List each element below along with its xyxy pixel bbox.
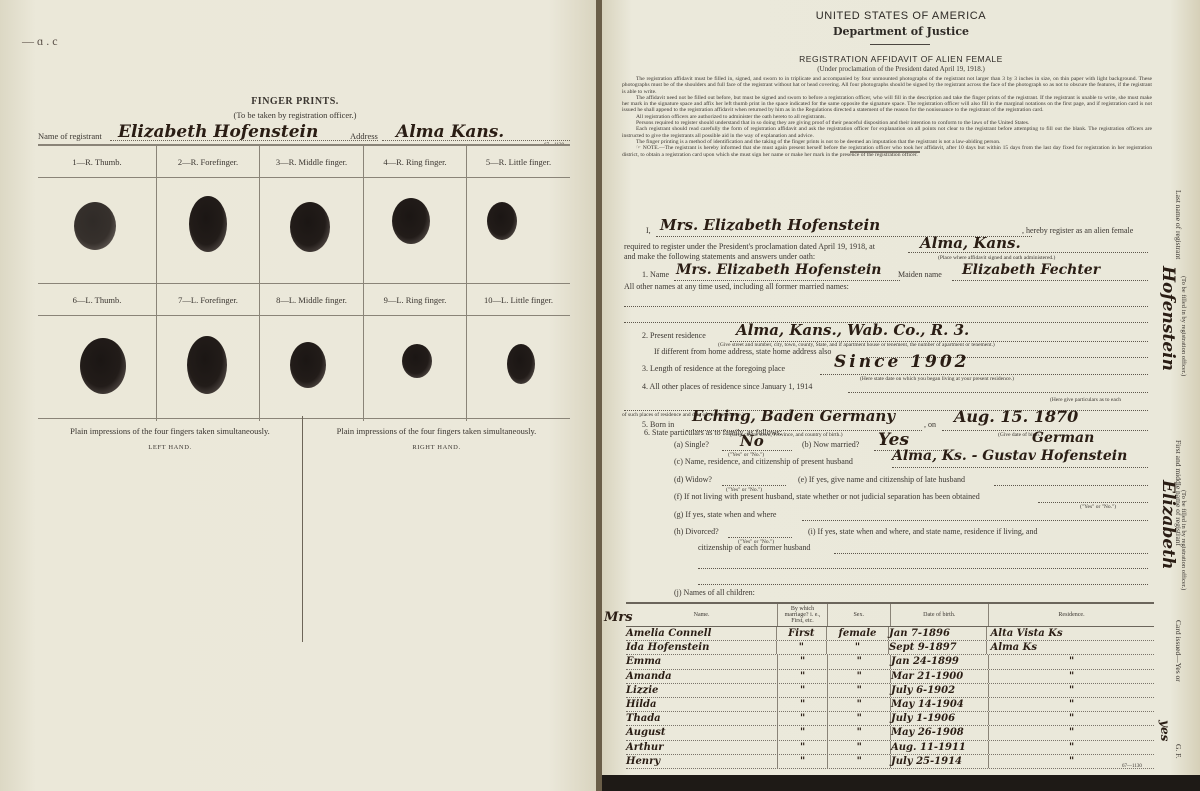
widow-label: (d) Widow? (674, 475, 712, 484)
child-residence: " (988, 741, 1154, 754)
husband-citizenship-note: German (1032, 430, 1094, 446)
instruction-paragraph: The affidavit need not be filled out bef… (622, 95, 1152, 114)
right-hand-plain-impressions: Plain impressions of the four fingers ta… (303, 416, 570, 636)
fingerprint-title: FINGER PRINTS. (230, 96, 360, 107)
husband-value: Alma, Ks. - Gustav Hofenstein (892, 448, 1127, 464)
oath-prefix: I, (646, 226, 651, 235)
oath-line-2: required to register under the President… (624, 242, 875, 251)
instruction-paragraph: Each registrant should read carefully th… (622, 126, 1152, 139)
finger-label: 10—L. Little finger. (466, 284, 570, 315)
left-hand-label: LEFT HAND. (38, 444, 302, 451)
child-dob: July 6-1902 (890, 684, 988, 697)
child-name: Hilda (626, 698, 777, 711)
right-hand-label: RIGHT HAND. (303, 444, 570, 451)
other-names-label: All other names at any time used, includ… (624, 282, 849, 291)
fingerprint-subtitle: (To be taken by registration officer.) (200, 110, 390, 120)
country-heading: UNITED STATES OF AMERICA (602, 10, 1200, 22)
single-value: No (740, 432, 764, 450)
instruction-paragraph: The registration affidavit must be fille… (622, 76, 1152, 95)
left-hand-labels: 6—L. Thumb. 7—L. Forefinger. 8—L. Middle… (38, 284, 570, 315)
col-header-marriage: By which marriage? i. e., First, etc. (777, 604, 827, 626)
right-hand-labels: 1—R. Thumb. 2—R. Forefinger. 3—R. Middle… (38, 146, 570, 177)
left-hand-plain-impressions: Plain impressions of the four fingers ta… (38, 416, 302, 636)
maiden-name-label: Maiden name (898, 270, 942, 279)
late-husband-label: (e) If yes, give name and citizenship of… (798, 475, 965, 484)
fingerprint-r-ring (363, 178, 466, 283)
fingerprint-l-forefinger (156, 316, 259, 421)
child-residence: " (988, 684, 1154, 697)
oath-registrant-name: Mrs. Elizabeth Hofenstein (660, 216, 880, 234)
form-subtitle: (Under proclamation of the President dat… (602, 65, 1200, 73)
children-label: (j) Names of all children: (674, 588, 755, 597)
yes-no-caption: ("Yes" or "No.") (1080, 504, 1116, 510)
last-name-label: Last name of registrant (1174, 190, 1183, 259)
birthplace-value: Eching, Baden Germany (692, 407, 895, 425)
child-marriage: " (777, 755, 828, 768)
card-issued-label: Card issued—Yes or (1174, 620, 1183, 682)
child-marriage: First (776, 627, 826, 640)
child-residence: " (988, 670, 1154, 683)
table-row: Amanda " " Mar 21-1900 " (626, 670, 1154, 684)
table-row: Emma " " Jan 24-1899 " (626, 655, 1154, 669)
finger-label: 7—L. Forefinger. (156, 284, 259, 315)
child-name: Amelia Connell (626, 627, 776, 640)
child-name: Emma (626, 655, 777, 668)
child-dob: July 25-1914 (890, 755, 988, 768)
form-title: REGISTRATION AFFIDAVIT OF ALIEN FEMALE (602, 54, 1200, 64)
child-marriage: " (777, 698, 828, 711)
finger-label: 4—R. Ring finger. (363, 146, 466, 177)
q4-caption-right: (Here give particulars as to each (1050, 397, 1121, 403)
divorced-label: (h) Divorced? (674, 527, 719, 536)
filled-by-note: (To be filled in by registration officer… (1180, 490, 1187, 590)
finger-label: 5—R. Little finger. (466, 146, 570, 177)
birthdate-value: Aug. 15. 1870 (954, 407, 1078, 426)
child-sex: " (827, 698, 890, 711)
length-of-residence-value: Since 1902 (834, 352, 970, 372)
plain-impressions-label: Plain impressions of the four fingers ta… (303, 426, 570, 436)
finger-label: 6—L. Thumb. (38, 284, 156, 315)
child-marriage: " (777, 726, 828, 739)
finger-label: 9—L. Ring finger. (363, 284, 466, 315)
instructions: The registration affidavit must be fille… (622, 76, 1152, 158)
child-dob: Jan 24-1899 (890, 655, 988, 668)
former-husband-label-2: citizenship of each former husband (698, 543, 810, 552)
table-row: Arthur " " Aug. 11-1911 " (626, 741, 1154, 755)
fingerprint-page: — ɑ . c FINGER PRINTS. (To be taken by r… (0, 0, 596, 791)
place-caption: (Place where affidavit signed and oath a… (938, 255, 1055, 261)
child-dob: Jan 7-1896 (888, 627, 986, 640)
child-name: Lizzie (626, 684, 777, 697)
home-address-label: If different from home address, state ho… (654, 347, 831, 356)
table-row: Lizzie " " July 6-1902 " (626, 684, 1154, 698)
fingerprint-l-little (466, 316, 570, 421)
child-marriage: " (777, 655, 828, 668)
q3-label: 3. Length of residence at the foregoing … (642, 364, 785, 373)
child-residence: " (988, 655, 1154, 668)
born-on-label: , on (924, 420, 936, 429)
child-residence: " (988, 712, 1154, 725)
child-marriage: " (777, 712, 828, 725)
child-sex: " (826, 641, 888, 654)
department-heading: Department of Justice (602, 25, 1200, 38)
fingerprint-grid: 1—R. Thumb. 2—R. Forefinger. 3—R. Middle… (38, 144, 570, 419)
table-row: Ida Hofenstein " " Sept 9-1897 Alma Ks (626, 641, 1154, 655)
child-dob: May 14-1904 (890, 698, 988, 711)
table-row: Henry " " July 25-1914 " (626, 755, 1154, 769)
child-sex: " (827, 755, 890, 768)
scan-bottom-edge (602, 775, 1200, 791)
last-name-value: Hofenstein (1158, 266, 1178, 371)
margin-notations: Last name of registrant Hofenstein (To b… (1152, 150, 1196, 630)
fingerprint-r-little (466, 178, 570, 283)
first-name-value: Elizabeth (1158, 480, 1178, 569)
child-name: August (626, 726, 777, 739)
finger-label: 3—R. Middle finger. (259, 146, 363, 177)
q2-label: 2. Present residence (642, 331, 706, 340)
child-marriage: " (776, 641, 826, 654)
child-name: Arthur (626, 741, 777, 754)
oath-line-3: and make the following statements and an… (624, 252, 815, 261)
document-spread: — ɑ . c FINGER PRINTS. (To be taken by r… (0, 0, 1200, 791)
child-sex: " (827, 741, 890, 754)
left-hand-prints (38, 315, 570, 421)
filled-by-note: (To be filled in by registration officer… (1180, 276, 1187, 376)
child-dob: July 1-1906 (890, 712, 988, 725)
child-sex: " (827, 726, 890, 739)
q4-label: 4. All other places of residence since J… (642, 382, 812, 391)
registrant-address-value: Alma Kans. (396, 122, 504, 142)
affidavit-page: UNITED STATES OF AMERICA Department of J… (602, 0, 1200, 775)
fingerprint-l-ring (363, 316, 466, 421)
child-sex: " (827, 655, 890, 668)
child-dob: Aug. 11-1911 (890, 741, 988, 754)
former-husband-label: (i) If yes, state when and where, and st… (808, 527, 1037, 536)
table-row: Thada " " July 1-1906 " (626, 712, 1154, 726)
col-header-name: Name. (626, 604, 777, 626)
officer-initials: G. F. (1174, 744, 1183, 759)
fingerprint-r-forefinger (156, 178, 259, 283)
corner-note: — ɑ . c (22, 34, 58, 49)
child-dob: Mar 21-1900 (890, 670, 988, 683)
form-number: 67—1130 (1122, 764, 1142, 769)
fingerprint-l-middle (259, 316, 363, 421)
present-residence-value: Alma, Kans., Wab. Co., R. 3. (736, 321, 969, 339)
length-caption: (Here state date on which you began livi… (860, 376, 1014, 382)
registrant-line: Name of registrant Elizabeth Hofenstein … (38, 122, 570, 144)
maiden-name-value: Elizabeth Fechter (962, 262, 1100, 278)
child-name: Henry (626, 755, 777, 768)
child-name: Ida Hofenstein (626, 641, 776, 654)
when-where-label: (g) If yes, state when and where (674, 510, 776, 519)
child-marriage: " (777, 741, 828, 754)
married-value: Yes (878, 430, 909, 450)
child-dob: Sept 9-1897 (888, 641, 986, 654)
fingerprint-r-thumb (38, 178, 156, 283)
registrant-name-value: Elizabeth Hofenstein (118, 122, 318, 142)
oath-place: Alma, Kans. (920, 234, 1021, 252)
children-table-header: Name. By which marriage? i. e., First, e… (626, 604, 1154, 627)
fingerprint-l-thumb (38, 316, 156, 421)
husband-label: (c) Name, residence, and citizenship of … (674, 457, 853, 466)
finger-label: 1—R. Thumb. (38, 146, 156, 177)
right-hand-prints (38, 177, 570, 284)
col-header-residence: Residence. (988, 604, 1154, 626)
child-sex: " (827, 712, 890, 725)
oath-suffix: , hereby register as an alien female (1022, 226, 1133, 235)
q1-name-value: Mrs. Elizabeth Hofenstein (676, 262, 881, 278)
table-row: Amelia Connell First female Jan 7-1896 A… (626, 627, 1154, 641)
child-name: Amanda (626, 670, 777, 683)
fingerprint-r-middle (259, 178, 363, 283)
finger-label: 8—L. Middle finger. (259, 284, 363, 315)
single-label: (a) Single? (674, 440, 709, 449)
address-label: Address (350, 131, 378, 141)
child-residence: Alta Vista Ks (986, 627, 1154, 640)
q1-label: 1. Name (642, 270, 669, 279)
plain-impressions-label: Plain impressions of the four fingers ta… (38, 426, 302, 436)
finger-label: 2—R. Forefinger. (156, 146, 259, 177)
card-issued-value: yes (1158, 720, 1172, 741)
col-header-sex: Sex. (827, 604, 890, 626)
children-table: Name. By which marriage? i. e., First, e… (626, 602, 1154, 769)
child-residence: Alma Ks (986, 641, 1154, 654)
child-dob: May 26-1908 (890, 726, 988, 739)
child-marriage: " (777, 684, 828, 697)
child-sex: " (827, 684, 890, 697)
child-residence: " (988, 698, 1154, 711)
name-label: Name of registrant (38, 131, 102, 141)
table-row: August " " May 26-1908 " (626, 726, 1154, 740)
child-sex: " (827, 670, 890, 683)
child-name: Thada (626, 712, 777, 725)
child-marriage: " (777, 670, 828, 683)
table-row: Hilda " " May 14-1904 " (626, 698, 1154, 712)
child-sex: female (826, 627, 888, 640)
col-header-dob: Date of birth. (890, 604, 988, 626)
married-label: (b) Now married? (802, 440, 859, 449)
separation-label: (f) If not living with present husband, … (674, 492, 980, 501)
child-residence: " (988, 726, 1154, 739)
